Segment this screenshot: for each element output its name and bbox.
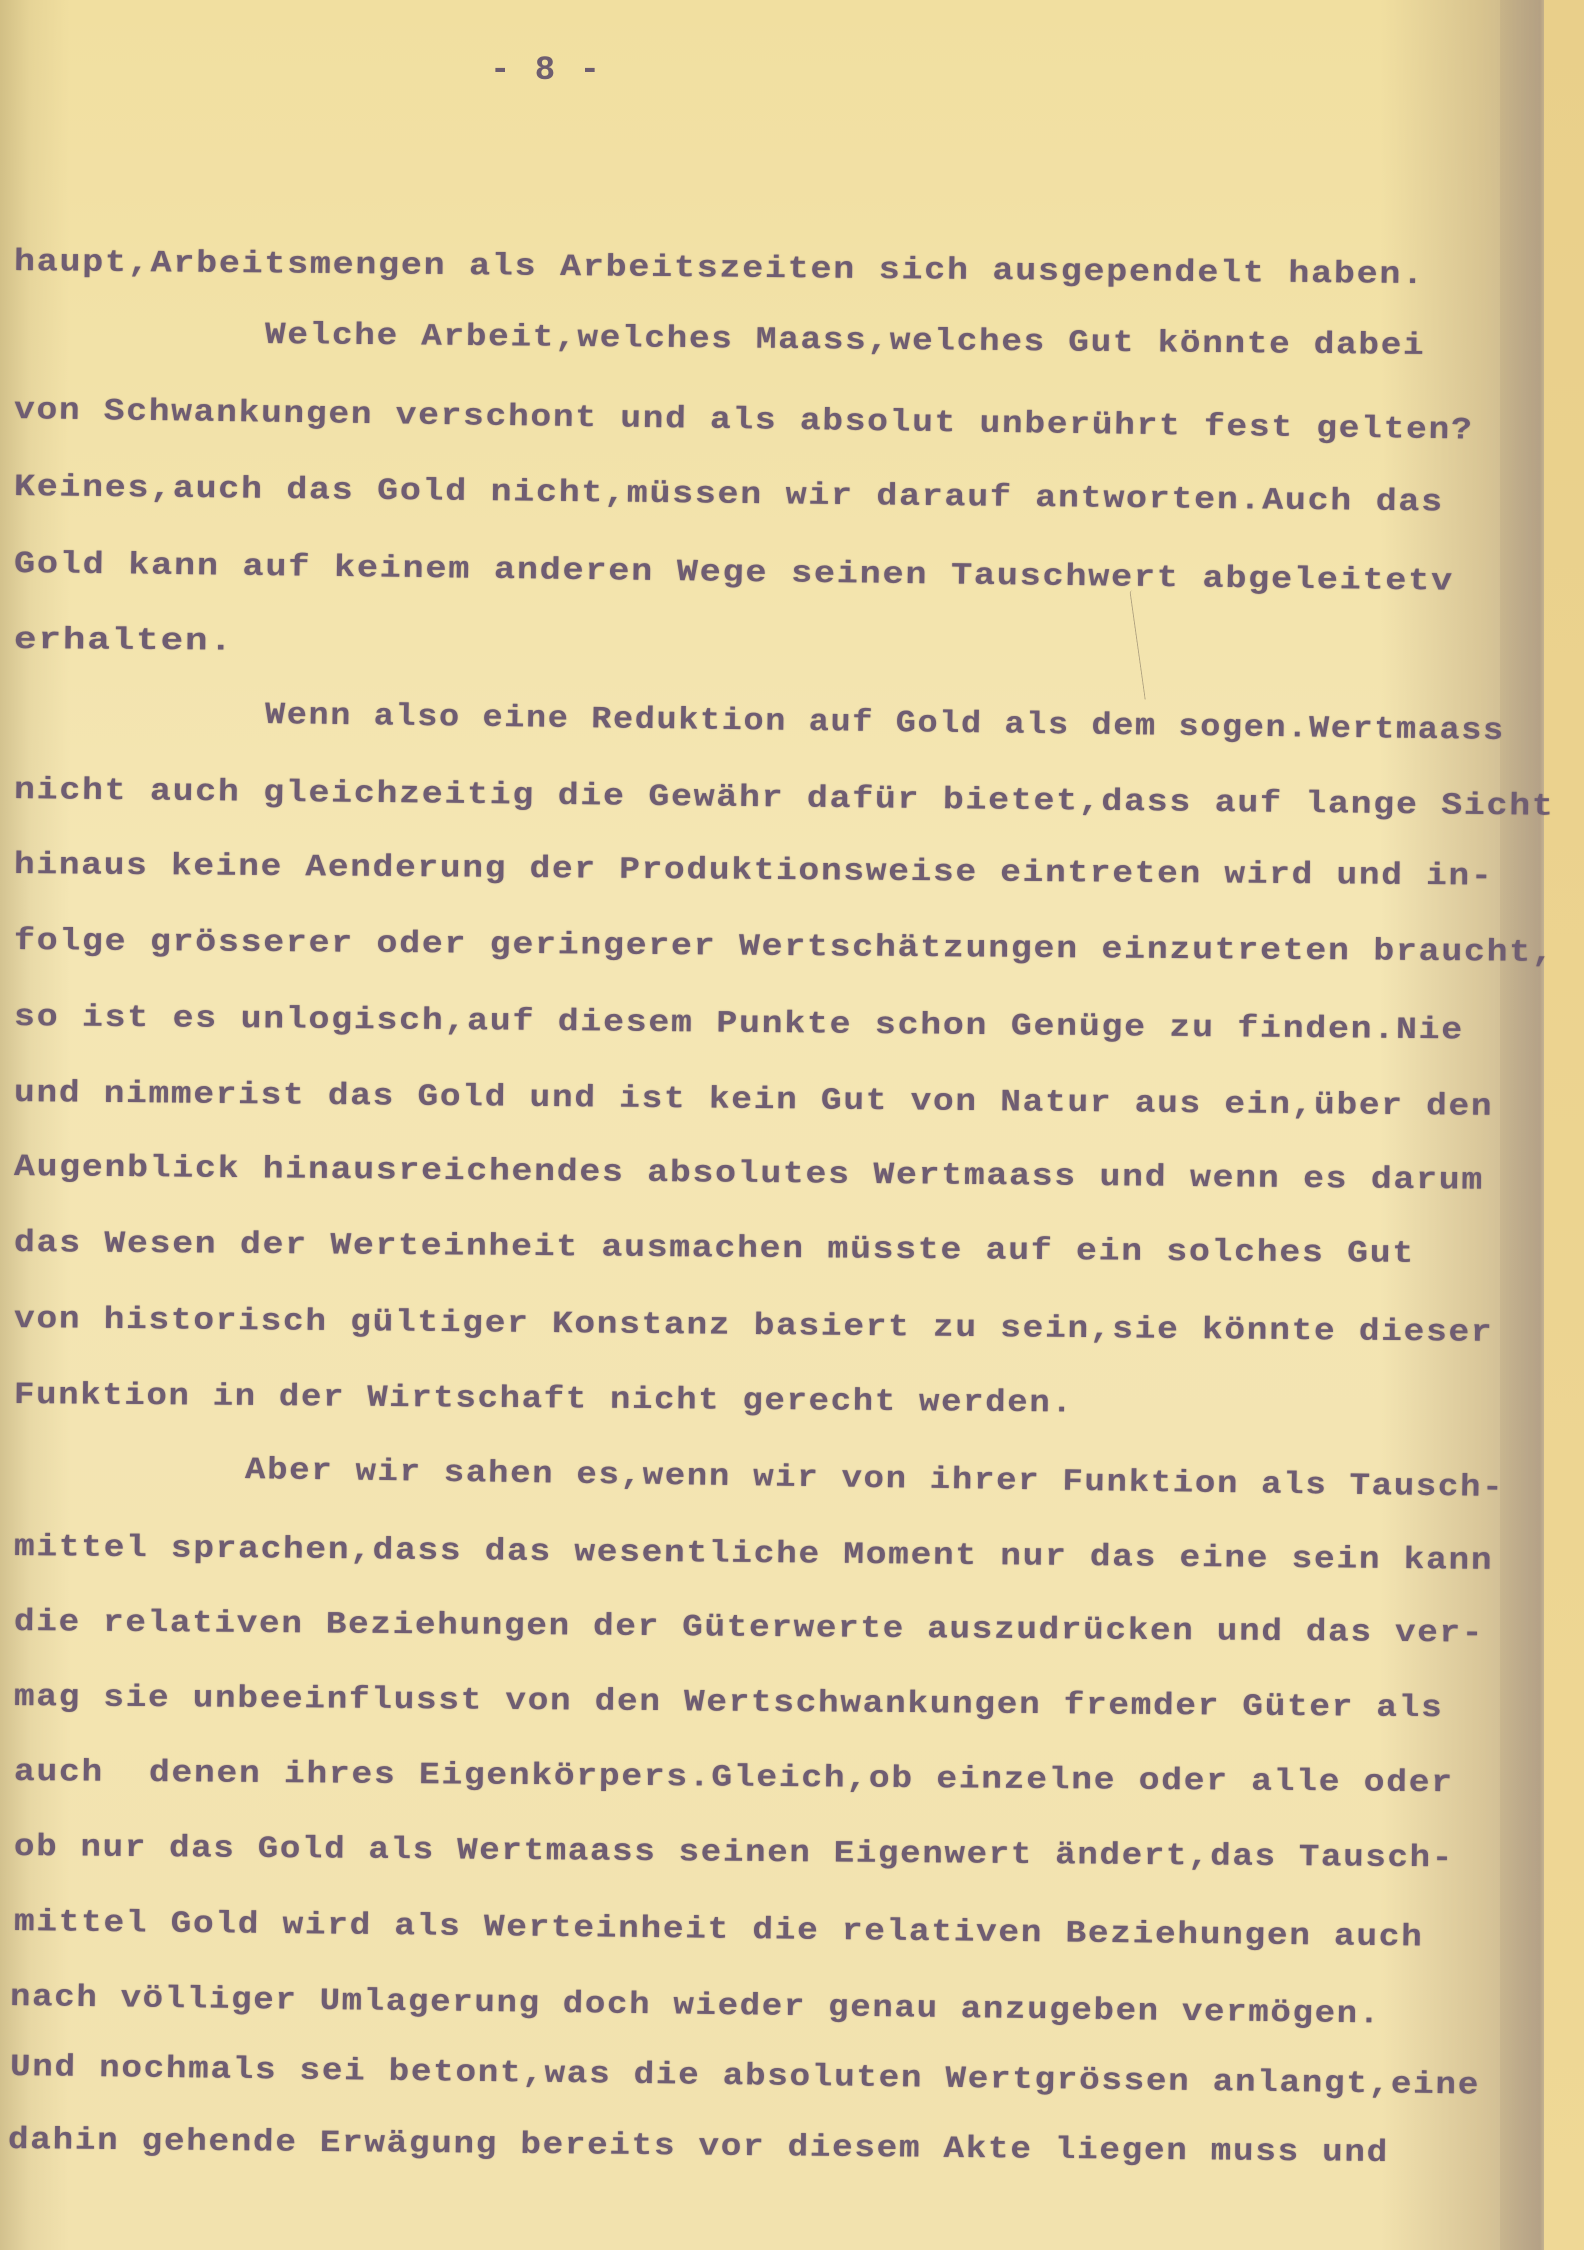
text-line: folge grösserer oder geringerer Wertschä… — [14, 924, 1555, 971]
text-line: mittel Gold wird als Werteinheit die rel… — [14, 1905, 1424, 1955]
text-line: Wenn also eine Reduktion auf Gold als de… — [265, 698, 1505, 749]
text-line: erhalten. — [14, 623, 234, 660]
text-line: so ist es unlogisch,auf diesem Punkte sc… — [14, 1000, 1464, 1048]
page-number: - 8 - — [490, 52, 602, 90]
text-line: Augenblick hinausreichendes absolutes We… — [14, 1150, 1484, 1199]
text-line: hinaus keine Aenderung der Produktionswe… — [14, 848, 1494, 895]
text-line: Welche Arbeit,welches Maass,welches Gut … — [265, 318, 1426, 364]
text-line: mag sie unbeeinflusst von den Wertschwan… — [14, 1680, 1444, 1726]
text-line: nicht auch gleichzeitig die Gewähr dafür… — [14, 773, 1555, 825]
scanned-page: - 8 - haupt,Arbeitsmengen als Arbeitszei… — [0, 0, 1584, 2250]
text-line: von Schwankungen verschont und als absol… — [14, 393, 1474, 449]
text-line: und nimmerist das Gold und ist kein Gut … — [14, 1076, 1494, 1125]
text-line: die relativen Beziehungen der Güterwerte… — [14, 1605, 1484, 1652]
text-line: ob nur das Gold als Wertmaass seinen Eig… — [14, 1830, 1454, 1876]
text-line: nach völliger Umlagerung doch wieder gen… — [10, 1980, 1381, 2032]
text-line: auch denen ihres Eigenkörpers.Gleich,ob … — [14, 1755, 1454, 1801]
text-line: von historisch gültiger Konstanz basiert… — [14, 1302, 1494, 1351]
text-line: das Wesen der Werteinheit ausmachen müss… — [14, 1226, 1415, 1272]
text-line: Gold kann auf keinem anderen Wege seinen… — [14, 547, 1454, 600]
backing-sheet-edge — [1544, 0, 1584, 2250]
text-line: Und nochmals sei betont,was die absolute… — [10, 2050, 1481, 2104]
page-edge-shadow — [1500, 0, 1544, 2250]
text-line: dahin gehende Erwägung bereits vor diese… — [8, 2123, 1389, 2171]
paper-crease-mark — [1129, 590, 1147, 699]
text-line: Aber wir sahen es,wenn wir von ihrer Fun… — [245, 1453, 1505, 1506]
text-line: mittel sprachen,dass das wesentliche Mom… — [14, 1530, 1494, 1579]
text-line: haupt,Arbeitsmengen als Arbeitszeiten si… — [14, 245, 1425, 293]
text-line: Funktion in der Wirtschaft nicht gerecht… — [14, 1378, 1074, 1421]
text-line: Keines,auch das Gold nicht,müssen wir da… — [14, 470, 1444, 520]
